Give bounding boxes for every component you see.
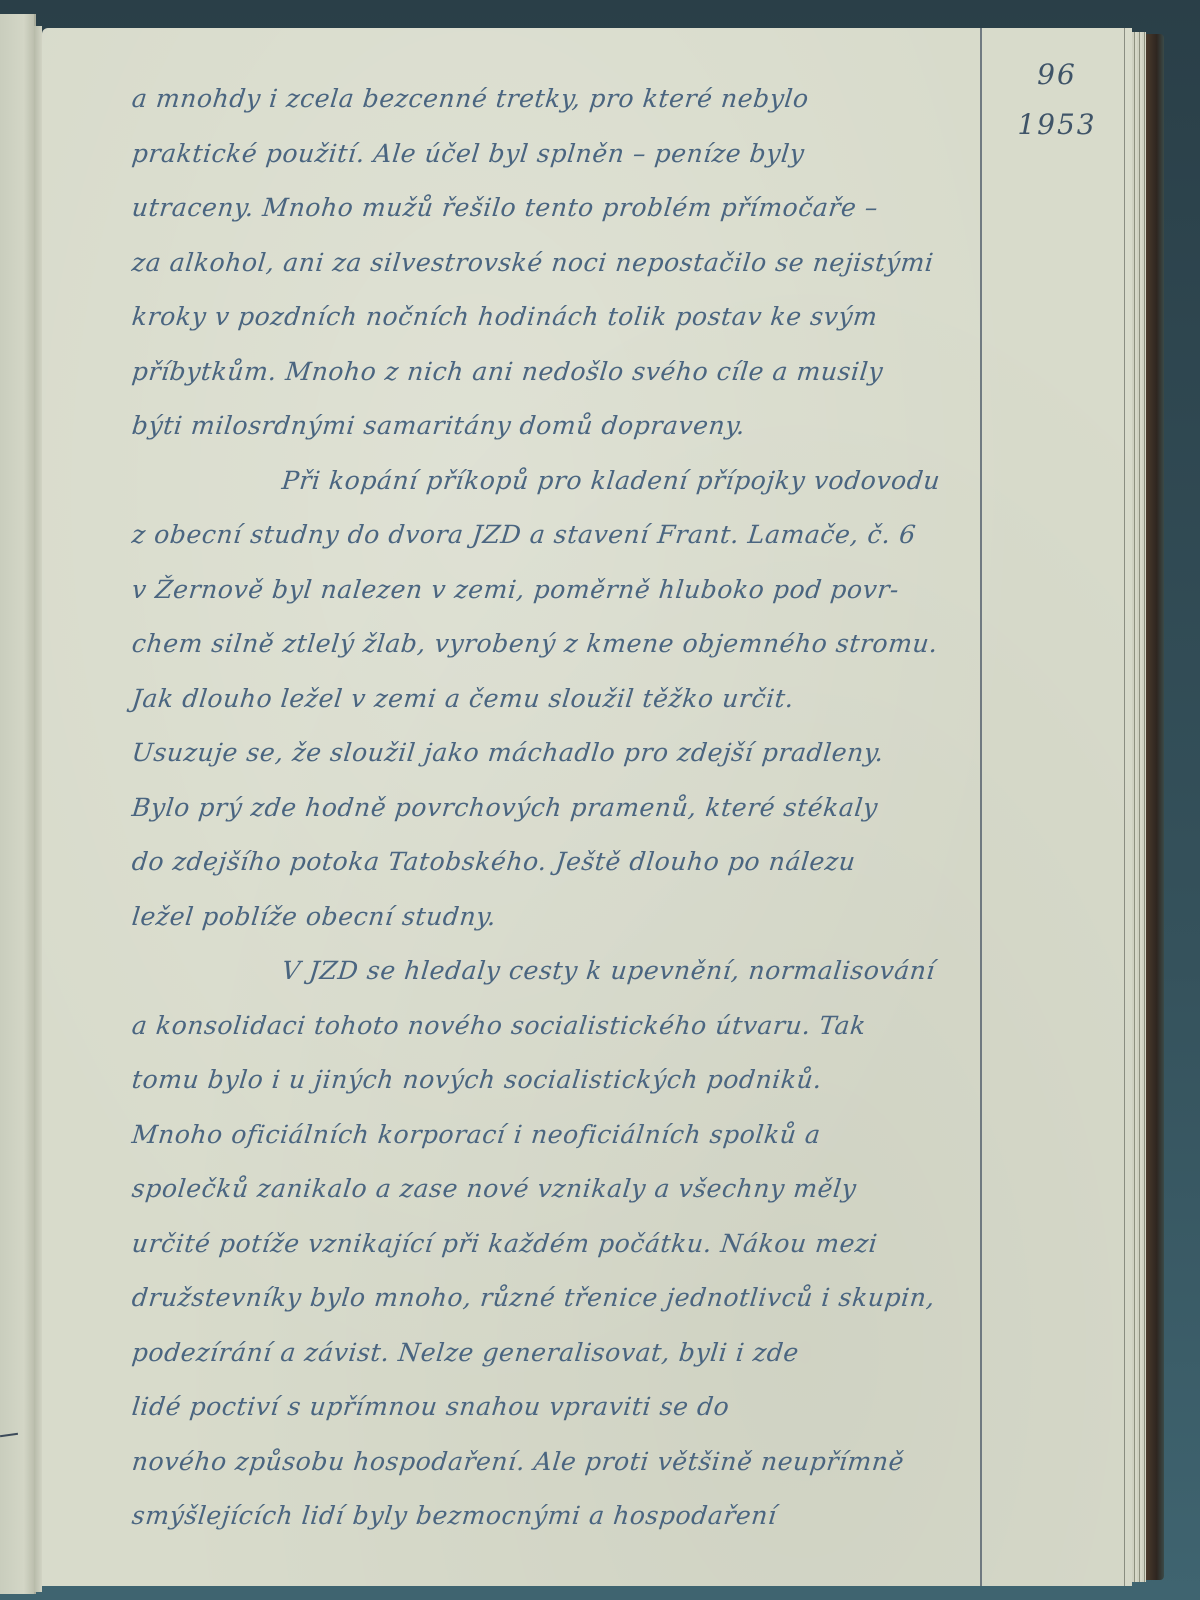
handwritten-line: Jak dlouho ležel v zemi a čemu sloužil t…	[129, 672, 995, 727]
handwritten-line: a mnohdy i zcela bezcenné tretky, pro kt…	[129, 72, 995, 127]
previous-page-edge	[0, 14, 36, 1594]
handwritten-line: společků zanikalo a zase nové vznikaly a…	[129, 1162, 995, 1217]
handwritten-line: Při kopání příkopů pro kladení přípojky …	[129, 454, 995, 509]
handwritten-line: lidé poctiví s upřímnou snahou vpraviti …	[129, 1380, 995, 1435]
handwritten-text-body: a mnohdy i zcela bezcenné tretky, pro kt…	[132, 72, 992, 1544]
handwritten-line: tomu bylo i u jiných nových socialistick…	[129, 1053, 995, 1108]
handwritten-line: nového způsobu hospodaření. Ale proti vě…	[129, 1435, 995, 1490]
book-gutter	[34, 26, 42, 1592]
handwritten-line: Mnoho oficiálních korporací i neoficiáln…	[129, 1108, 995, 1163]
handwritten-line: z obecní studny do dvora JZD a stavení F…	[129, 508, 995, 563]
handwritten-line: příbytkům. Mnoho z nich ani nedošlo svéh…	[129, 345, 995, 400]
handwritten-line: chem silně ztlelý žlab, vyrobený z kmene…	[129, 617, 995, 672]
year-note: 1953	[1002, 108, 1112, 141]
handwritten-line: praktické použití. Ale účel byl splněn –…	[129, 127, 995, 182]
handwritten-line: Usuzuje se, že sloužil jako máchadlo pro…	[129, 726, 995, 781]
handwritten-line: podezírání a závist. Nelze generalisovat…	[129, 1326, 995, 1381]
handwritten-line: býti milosrdnými samaritány domů doprave…	[129, 399, 995, 454]
pencil-mark	[0, 1433, 18, 1437]
right-rule-line	[1124, 28, 1125, 1586]
handwritten-line: ležel poblíže obecní studny.	[129, 890, 995, 945]
handwritten-line: určité potíže vznikající při každém počá…	[129, 1217, 995, 1272]
handwritten-line: kroky v pozdních nočních hodinách tolik …	[129, 290, 995, 345]
handwritten-line: družstevníky bylo mnoho, různé třenice j…	[129, 1271, 995, 1326]
handwritten-line: smýšlejících lidí byly bezmocnými a hosp…	[129, 1489, 995, 1544]
handwritten-line: do zdejšího potoka Tatobského. Ještě dlo…	[129, 835, 995, 890]
chronicle-page: 96 1953 a mnohdy i zcela bezcenné tretky…	[42, 28, 1132, 1586]
handwritten-line: v Žernově byl nalezen v zemi, poměrně hl…	[129, 563, 995, 618]
page-number: 96	[1002, 58, 1112, 91]
handwritten-line: utraceny. Mnoho mužů řešilo tento problé…	[129, 181, 995, 236]
book-cover-edge	[1146, 34, 1164, 1580]
handwritten-line: V JZD se hledaly cesty k upevnění, norma…	[129, 944, 995, 999]
page-stack-edge	[1132, 32, 1146, 1582]
handwritten-line: za alkohol, ani za silvestrovské noci ne…	[129, 236, 995, 291]
handwritten-line: Bylo prý zde hodně povrchových pramenů, …	[129, 781, 995, 836]
handwritten-line: a konsolidaci tohoto nového socialistick…	[129, 999, 995, 1054]
